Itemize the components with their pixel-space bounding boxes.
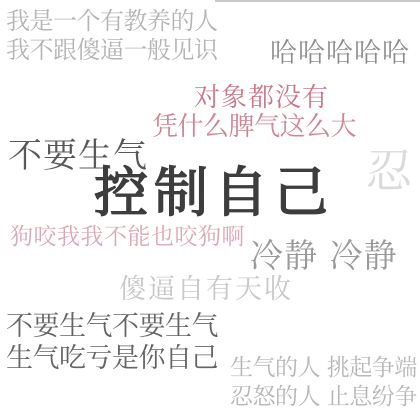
- phrase-no-partner: 对象都没有: [194, 85, 329, 111]
- phrase-no-stooping: 我不跟傻逼一般见识: [6, 38, 218, 62]
- phrase-patient-end-strife: 忍怒的人 止息纷争: [230, 386, 417, 409]
- phrase-endure: 忍: [366, 148, 412, 194]
- phrase-control-yourself: 控制自己: [94, 166, 334, 220]
- phrase-dont-be-angry-twice: 不要生气不要生气: [6, 313, 218, 340]
- phrase-laughter: 哈哈哈哈哈: [270, 40, 410, 67]
- phrase-why-such-temper: 凭什么脾气这么大: [152, 114, 356, 140]
- phrase-cultured-person: 我是一个有教养的人: [6, 9, 218, 33]
- phrase-heaven-punishes: 傻逼自有天收: [119, 276, 293, 303]
- phrase-calm-calm: 冷静 冷静: [250, 239, 398, 272]
- top-edge-line: [215, 0, 420, 2]
- meme-canvas: 我是一个有教养的人 我不跟傻逼一般见识 哈哈哈哈哈 对象都没有 凭什么脾气这么大…: [0, 0, 420, 420]
- phrase-anger-hurts-you: 生气吃亏是你自己: [6, 345, 218, 372]
- phrase-angry-stir-strife: 生气的人 挑起争端: [230, 357, 417, 380]
- phrase-dog-bites-me: 狗咬我我不能也咬狗啊: [10, 226, 245, 249]
